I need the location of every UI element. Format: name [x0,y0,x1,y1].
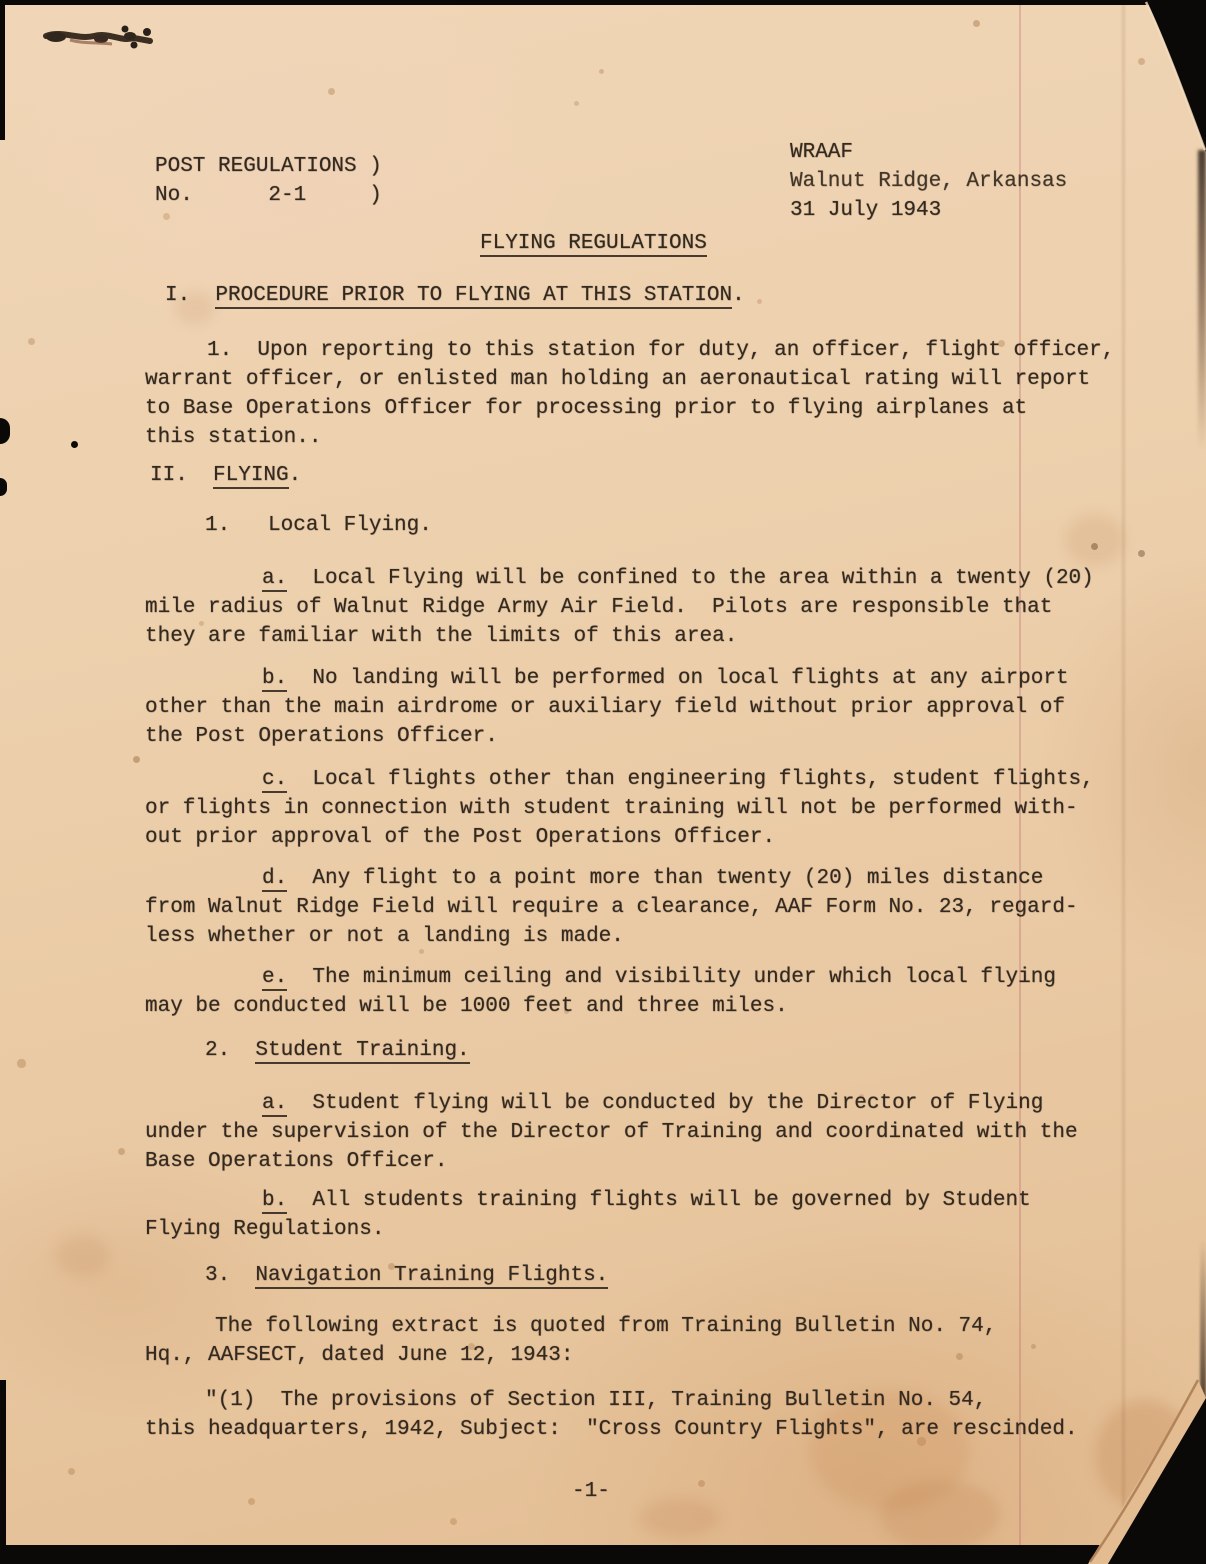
ink-scribble [46,26,151,49]
document-title: FLYING REGULATIONS [480,229,707,258]
scanned-document-page: { "colors": { "paper": "#edd0ad", "ink":… [0,0,1206,1564]
para-ii-2b: b. All students training flights will be… [262,1186,1031,1215]
para-ii-2a-line2: under the supervision of the Director of… [145,1118,1078,1147]
para-ii-3-quote: "(1) The provisions of Section III, Trai… [205,1386,986,1415]
para-ii-3-quote-line2: this headquarters, 1942, Subject: "Cross… [145,1415,1078,1444]
para-ii-1c-line2: or flights in connection with student tr… [145,794,1078,823]
header-left-line2: No. 2-1 ) [155,181,382,210]
para-i-1-line3: to Base Operations Officer for processin… [145,394,1027,423]
para-i-1-line4: this station.. [145,423,321,452]
para-ii-2b-line2: Flying Regulations. [145,1215,384,1244]
para-ii-1b-line2: other than the main airdrome or auxiliar… [145,693,1065,722]
section-i-heading: I. PROCEDURE PRIOR TO FLYING AT THIS STA… [165,281,745,310]
header-left-line1: POST REGULATIONS ) [155,152,382,181]
para-ii-1d-line2: from Walnut Ridge Field will require a c… [145,893,1078,922]
para-ii-1a: a. Local Flying will be confined to the … [262,564,1094,593]
para-ii-3-intro-line2: Hq., AAFSECT, dated June 12, 1943: [145,1341,573,1370]
header-right-station: WRAAF [790,138,853,167]
header-right-date: 31 July 1943 [790,196,941,225]
page-number: -1- [572,1477,610,1506]
para-i-1-line2: warrant officer, or enlisted man holding… [145,365,1090,394]
para-ii-2a-line3: Base Operations Officer. [145,1147,447,1176]
para-ii-1d-line3: less whether or not a landing is made. [145,922,624,951]
para-ii-1c-line3: out prior approval of the Post Operation… [145,823,775,852]
para-ii-1a-line2: mile radius of Walnut Ridge Army Air Fie… [145,593,1052,622]
section-ii-heading: II. FLYING. [150,461,301,490]
para-ii-1e-line2: may be conducted will be 1000 feet and t… [145,992,788,1021]
para-ii-1c: c. Local flights other than engineering … [262,765,1094,794]
para-ii-1b-line3: the Post Operations Officer. [145,722,498,751]
para-ii-1e: e. The minimum ceiling and visibility un… [262,963,1056,992]
item-ii-3: 3. Navigation Training Flights. [205,1261,608,1290]
para-ii-1a-line3: they are familiar with the limits of thi… [145,622,737,651]
para-i-1: 1. Upon reporting to this station for du… [207,336,1114,365]
para-ii-1b: b. No landing will be performed on local… [262,664,1069,693]
para-ii-2a: a. Student flying will be conducted by t… [262,1089,1043,1118]
item-ii-1: 1. Local Flying. [205,511,432,540]
document-title-text: FLYING REGULATIONS [480,232,707,257]
para-ii-3-intro: The following extract is quoted from Tra… [215,1312,996,1341]
item-ii-2: 2. Student Training. [205,1036,470,1065]
para-ii-1d: d. Any flight to a point more than twent… [262,864,1043,893]
header-right-location: Walnut Ridge, Arkansas [790,167,1067,196]
